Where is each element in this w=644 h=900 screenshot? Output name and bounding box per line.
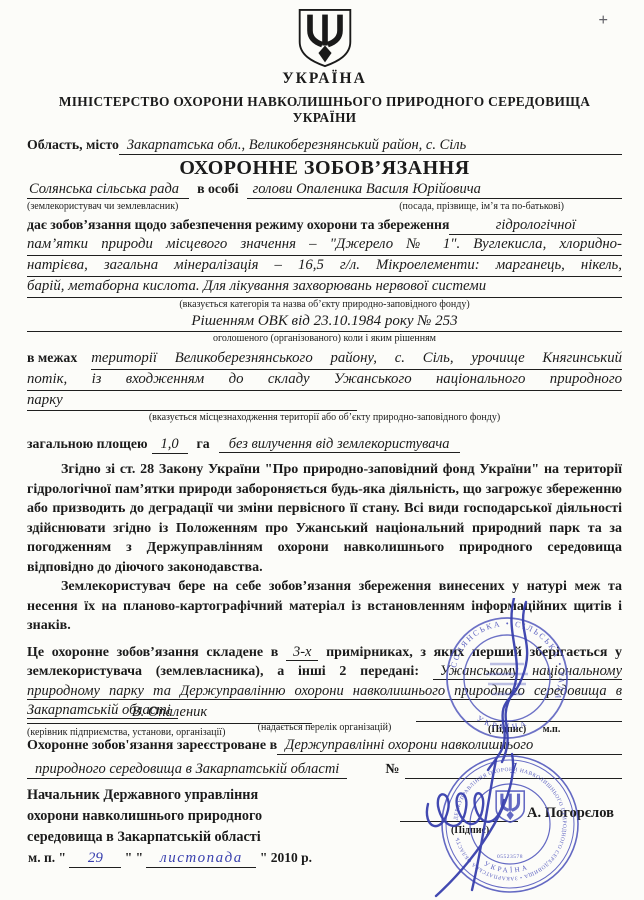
copies-count: 3-х [286, 644, 319, 661]
obligor-org-caption: (землекористувач чи землевласник) [27, 201, 178, 212]
date-year: 2010 р. [271, 850, 312, 865]
obligor-person-caption: (посада, прізвище, ім’я та по-батькові) [399, 201, 564, 212]
area-unit: га [192, 436, 215, 451]
bounds-label: в межах [27, 350, 91, 366]
signature-captions: (Підпис) м.п. [488, 724, 560, 735]
official-title-line: середовища в Закарпатській області [27, 827, 262, 848]
copies-lead: Це охоронне зобов’язання складене в [27, 645, 278, 660]
area-value: 1,0 [152, 436, 188, 454]
country-name: УКРАЇНА [27, 70, 622, 88]
bounds-row: в межах території Великоберезнянського р… [27, 349, 622, 370]
signature-line [416, 721, 622, 722]
obligor-captions: (землекористувач чи землевласник) (посад… [27, 201, 622, 212]
svg-text:ДЕРЖУПРАВЛІННЯ ОХОРОНИ НАВКОЛИ: ДЕРЖУПРАВЛІННЯ ОХОРОНИ НАВКОЛИШНЬОГО ПРИ… [453, 767, 567, 881]
obligor-row: Солянська сільська рада в особі голови О… [27, 181, 622, 199]
area-label: загальною площею [27, 436, 148, 451]
location-caption: (вказується місцезнаходження території а… [27, 412, 622, 424]
ministry-name: МІНІСТЕРСТВО ОХОРОНИ НАВКОЛИШНЬОГО ПРИРО… [27, 94, 622, 126]
object-line: натрієва, загальна мінералізація – 16,5 … [27, 256, 622, 277]
date-mid-quotes: " " [125, 850, 143, 865]
landuser-paragraph: Землекористувач бере на себе зобов’язанн… [27, 577, 622, 636]
decision-caption: оголошеного (організованого) коли і яким… [27, 333, 622, 345]
registration-fill-line: природного середовища в Закарпатській об… [27, 761, 347, 779]
department-stamp-bottom-text: УКРАЇНА [483, 860, 531, 875]
pledge-lead: дає зобов’язання щодо забезпечення режим… [27, 217, 449, 233]
bounds-line: території Великоберезнянського району, с… [91, 349, 622, 370]
registration-section: Охоронне зобов'язання зареєстроване в Де… [27, 737, 622, 779]
legal-paragraph: Згідно зі ст. 28 Закону України "Про при… [27, 460, 622, 577]
svg-text:УКРАЇНА: УКРАЇНА [483, 860, 531, 875]
registration-cross-mark: + [598, 10, 608, 30]
location-row: Область, місто Закарпатська обл., Велико… [27, 137, 622, 155]
registration-fill-line: Держуправлінні охорони навколишнього [277, 737, 622, 755]
protection-obligation-document: + УКРАЇНА МІНІСТЕРСТВО ОХОРОНИ НАВКОЛИШН… [0, 0, 644, 900]
date-day-handwritten: 29 [69, 850, 121, 868]
category-caption: (вказується категорія та назва об’єкту п… [27, 299, 622, 311]
location-value: Закарпатська обл., Великоберезнянський р… [119, 137, 622, 155]
object-line: барій, метаборна кислота. Для лікування … [27, 277, 622, 298]
official-signature-line [400, 821, 518, 822]
obligor-connector: в особі [189, 181, 247, 197]
registration-number-line: 1 [405, 760, 622, 779]
date-month-handwritten: листопада [146, 850, 256, 868]
date-prefix: м. п. " [28, 850, 66, 865]
official-title: Начальник Державного управління охорони … [27, 785, 262, 848]
stamp-trident-icon [496, 791, 524, 822]
pledge-fill: гідрологічної [449, 217, 622, 235]
page-title: ОХОРОННЕ ЗОБОВ’ЯЗАННЯ [27, 157, 622, 180]
registration-lead: Охоронне зобов'язання зареєстроване в [27, 738, 277, 754]
signer-name: В. Опаленик [27, 704, 312, 724]
object-line: пам’ятки природи місцевого значення – "Д… [27, 235, 622, 256]
signature-caption: (Підпис) [488, 724, 526, 735]
pledge-row: дає зобов’язання щодо забезпечення режим… [27, 217, 622, 235]
area-row: загальною площею 1,0 га без вилучення ві… [27, 435, 622, 454]
seal-abbreviation: м.п. [529, 724, 561, 735]
official-signature-caption: (Підпис) [451, 825, 489, 836]
obligor-organization: Солянська сільська рада [27, 181, 189, 199]
decision-line: Рішенням ОВК від 23.10.1984 року № 253 [27, 313, 622, 332]
department-stamp-ring-text: ДЕРЖУПРАВЛІННЯ ОХОРОНИ НАВКОЛИШНЬОГО ПРИ… [453, 767, 567, 881]
seal-date-line: м. п. " 29 " " листопада " 2010 р. [28, 850, 312, 868]
area-note: без вилучення від землекористувача [219, 436, 460, 453]
date-close-quote: " [260, 850, 268, 865]
obligor-person: голови Опаленика Василя Юрійовича [247, 181, 622, 199]
registration-number-label: № [385, 762, 405, 778]
registration-number-handwritten: 1 [508, 760, 518, 779]
location-label: Область, місто [27, 137, 119, 153]
bounds-line: парку [27, 392, 357, 411]
official-title-line: Начальник Державного управління [27, 785, 262, 806]
official-name: А. Погорєлов [527, 805, 614, 822]
bounds-line: потік, із входженням до складу Ужанськог… [27, 370, 622, 391]
ukraine-coat-of-arms-icon [291, 8, 359, 68]
department-stamp-code: 05523578 [497, 854, 523, 860]
official-title-line: охорони навколишнього природного [27, 806, 262, 827]
